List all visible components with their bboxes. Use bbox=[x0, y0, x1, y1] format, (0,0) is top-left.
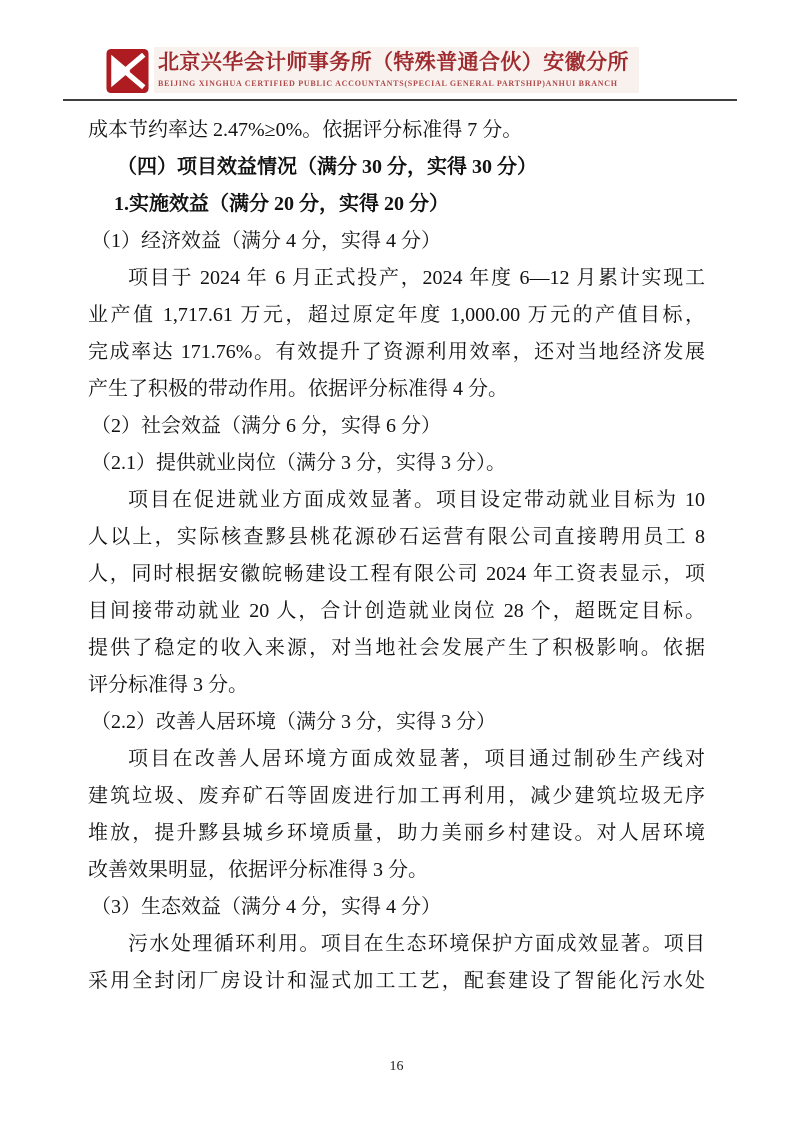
body-line: 采用全封闭厂房设计和湿式加工工艺，配套建设了智能化污水处 bbox=[88, 963, 705, 1000]
header-divider bbox=[63, 99, 737, 101]
body-line: 污水处理循环利用。项目在生态环境保护方面成效显著。项目 bbox=[88, 926, 705, 963]
body-line: 项目在促进就业方面成效显著。项目设定带动就业目标为 10 bbox=[88, 482, 705, 519]
body-line: 产生了积极的带动作用。依据评分标准得 4 分。 bbox=[88, 371, 705, 408]
body-line: （2.1）提供就业岗位（满分 3 分，实得 3 分）。 bbox=[88, 445, 705, 482]
body-line: （四）项目效益情况（满分 30 分，实得 30 分） bbox=[88, 149, 705, 186]
body-line: （2.2）改善人居环境（满分 3 分，实得 3 分） bbox=[88, 704, 705, 741]
body-line: 人，同时根据安徽皖畅建设工程有限公司 2024 年工资表显示，项 bbox=[88, 556, 705, 593]
letterhead-text: 北京兴华会计师事务所（特殊普通合伙）安徽分所 BEIJING XINGHUA C… bbox=[154, 47, 639, 93]
body-line: 成本节约率达 2.47%≥0%。依据评分标准得 7 分。 bbox=[88, 112, 705, 149]
body-line: 完成率达 171.76%。有效提升了资源利用效率，还对当地经济发展 bbox=[88, 334, 705, 371]
body-line: 提供了稳定的收入来源，对当地社会发展产生了积极影响。依据 bbox=[88, 630, 705, 667]
body-line: 建筑垃圾、废弃矿石等固废进行加工再利用，减少建筑垃圾无序 bbox=[88, 778, 705, 815]
firm-title-en: BEIJING XINGHUA CERTIFIED PUBLIC ACCOUNT… bbox=[158, 79, 629, 89]
body-line: 项目在改善人居环境方面成效显著，项目通过制砂生产线对 bbox=[88, 741, 705, 778]
body-line: 项目于 2024 年 6 月正式投产，2024 年度 6—12 月累计实现工 bbox=[88, 260, 705, 297]
letterhead: 北京兴华会计师事务所（特殊普通合伙）安徽分所 BEIJING XINGHUA C… bbox=[106, 47, 639, 95]
body-line: 人以上，实际核查黟县桃花源砂石运营有限公司直接聘用员工 8 bbox=[88, 519, 705, 556]
body-line: 1.实施效益（满分 20 分，实得 20 分） bbox=[88, 186, 705, 223]
page-number: 16 bbox=[0, 1059, 793, 1075]
body-line: 堆放，提升黟县城乡环境质量，助力美丽乡村建设。对人居环境 bbox=[88, 815, 705, 852]
body-line: （2）社会效益（满分 6 分，实得 6 分） bbox=[88, 408, 705, 445]
document-page: 北京兴华会计师事务所（特殊普通合伙）安徽分所 BEIJING XINGHUA C… bbox=[0, 0, 793, 1122]
body-line: 评分标准得 3 分。 bbox=[88, 667, 705, 704]
body-line: 业产值 1,717.61 万元，超过原定年度 1,000.00 万元的产值目标， bbox=[88, 297, 705, 334]
body-line: 目间接带动就业 20 人，合计创造就业岗位 28 个，超既定目标。 bbox=[88, 593, 705, 630]
body-line: 改善效果明显，依据评分标准得 3 分。 bbox=[88, 852, 705, 889]
body-line: （1）经济效益（满分 4 分，实得 4 分） bbox=[88, 223, 705, 260]
xinghua-logo-icon bbox=[106, 47, 149, 95]
body-line: （3）生态效益（满分 4 分，实得 4 分） bbox=[88, 889, 705, 926]
firm-title-cn: 北京兴华会计师事务所（特殊普通合伙）安徽分所 bbox=[158, 50, 629, 75]
document-body: 成本节约率达 2.47%≥0%。依据评分标准得 7 分。（四）项目效益情况（满分… bbox=[88, 112, 705, 1000]
